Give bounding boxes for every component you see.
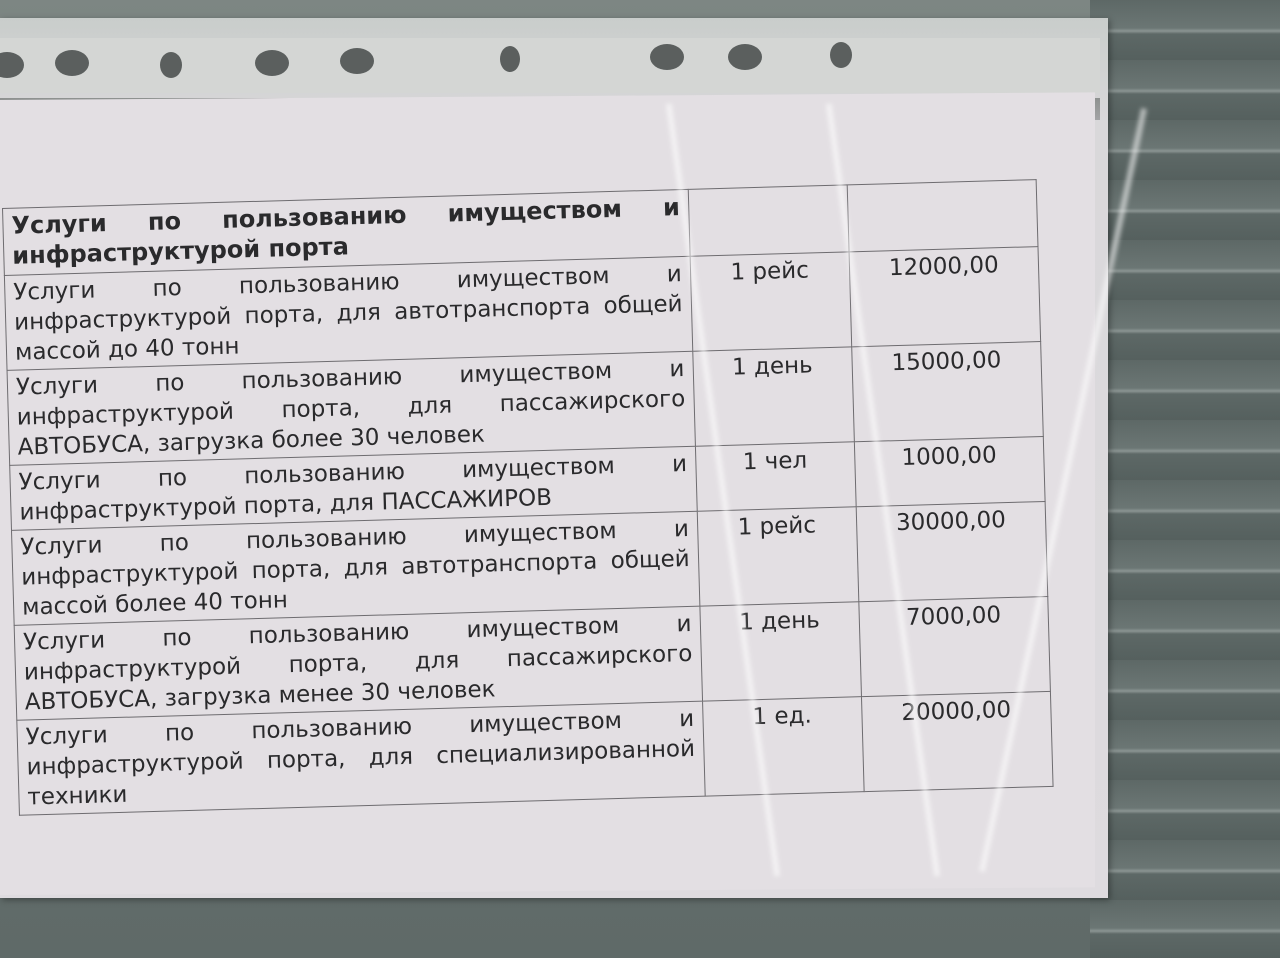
punch-hole xyxy=(255,50,289,76)
header-unit xyxy=(688,185,849,256)
punch-hole xyxy=(830,42,852,68)
punch-hole xyxy=(340,48,374,74)
row-price: 12000,00 xyxy=(849,247,1041,347)
row-unit: 1 день xyxy=(699,602,861,701)
price-table: Услуги по пользованию имуществом и инфра… xyxy=(2,179,1054,816)
punch-strip xyxy=(0,38,1100,93)
row-unit: 1 рейс xyxy=(697,507,859,606)
row-price: 15000,00 xyxy=(851,342,1043,442)
row-unit: 1 рейс xyxy=(690,252,852,351)
window-blinds xyxy=(1090,0,1280,958)
row-unit: 1 ед. xyxy=(702,697,864,796)
punch-hole xyxy=(160,52,182,78)
punch-hole xyxy=(0,52,24,78)
row-description: Услуги по пользованию имуществом и инфра… xyxy=(17,701,705,815)
punch-hole xyxy=(500,46,520,72)
row-price: 20000,00 xyxy=(861,691,1053,791)
punch-hole xyxy=(650,44,684,70)
punch-hole xyxy=(55,50,89,76)
punch-hole xyxy=(728,44,762,70)
header-price xyxy=(847,180,1038,252)
